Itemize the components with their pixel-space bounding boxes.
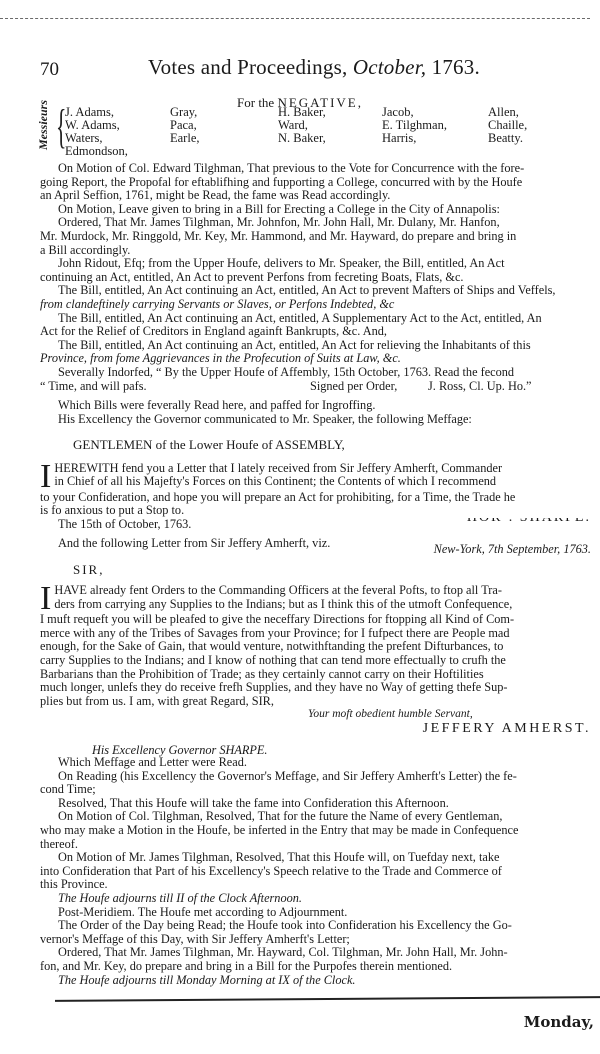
letter-line: plies but from us. I am, with great Rega… <box>40 695 593 709</box>
catchword: Monday, <box>524 1013 594 1031</box>
letter-place-date: New-York, 7th September, 1763. <box>434 543 591 557</box>
paragraph-line: On Motion of Mr. James Tilghman, Resolve… <box>40 851 593 865</box>
paragraph-line: Act for the Relief of Creditors in Engla… <box>40 325 593 339</box>
message-date-line: The 15th of October, 1763. HORº. SHARPE. <box>40 518 593 532</box>
paragraph-line: vernor's Meffage of this Day, with Sir J… <box>40 933 593 947</box>
letter-intro: And the following Letter from Sir Jeffer… <box>40 537 593 551</box>
paragraph-line: Ordered, That Mr. James Tilghman, Mr. Jo… <box>40 216 593 230</box>
message-line: to your Confideration, and hope you will… <box>40 491 593 505</box>
paragraph-line: from clandeftinely carrying Servants or … <box>40 298 593 312</box>
paragraph-line: Ordered, That Mr. James Tilghman, Mr. Ha… <box>40 946 593 960</box>
page-number: 70 <box>40 59 59 81</box>
drop-cap: I <box>40 463 51 491</box>
paragraph-line: who may make a Motion in the Houfe, be i… <box>40 824 593 838</box>
message-salutation: GENTLEMEN of the Lower Houfe of ASSEMBLY… <box>40 438 593 452</box>
proceedings-part-2: Which Meffage and Letter were Read. On R… <box>40 756 593 987</box>
paragraph-line: On Motion, Leave given to bring in a Bil… <box>40 203 593 217</box>
running-title: Votes and Proceedings, October, 1763. <box>148 55 480 80</box>
adjournment-line: The Houfe adjourns till II of the Clock … <box>40 892 593 906</box>
names-column-4: Jacob, E. Tilghman, Harris, <box>382 106 447 145</box>
amherst-letter: And the following Letter from Sir Jeffer… <box>40 537 593 758</box>
paragraph-line: this Province. <box>40 878 593 892</box>
names-column-3: H. Baker, Ward, N. Baker, <box>278 106 326 145</box>
letter-line: HAVE already fent Orders to the Commandi… <box>54 584 593 598</box>
letter-salutation: SIR, <box>40 563 593 577</box>
paragraph-line: The Bill, entitled, An Act continuing an… <box>40 312 593 326</box>
paragraph-line: On Motion of Col. Tilghman, Resolved, Th… <box>40 810 593 824</box>
governor-signature: HORº. SHARPE. <box>467 518 591 525</box>
paragraph-line: Which Meffage and Letter were Read. <box>40 756 593 770</box>
page-header: 70 Votes and Proceedings, October, 1763. <box>40 55 580 85</box>
letter-line: enough, for the Sake of Gain, that would… <box>40 640 593 654</box>
paragraph-line: On Motion of Col. Edward Tilghman, That … <box>40 162 593 176</box>
paragraph-line: going Report, the Propofal for eftablifh… <box>40 176 593 190</box>
paragraph-line: fon, and Mr. Key, do prepare and bring i… <box>40 960 593 974</box>
governor-message: GENTLEMEN of the Lower Houfe of ASSEMBLY… <box>40 438 593 531</box>
paragraph-line: cond Time; <box>40 783 593 797</box>
letter-line: Barbarians than the Prohibition of Trade… <box>40 668 593 682</box>
adjournment-line: The Houfe adjourns till Monday Morning a… <box>40 974 593 988</box>
paragraph-line: On Reading (his Excellency the Governor'… <box>40 770 593 784</box>
paragraph-line: Province, from fome Aggrievances in the … <box>40 352 593 366</box>
upper-house-signature: Signed per Order, J. Ross, Cl. Up. Ho.” <box>310 380 532 394</box>
letter-line: carry Supplies to the Indians; and I kno… <box>40 654 593 668</box>
paragraph-line: Mr. Murdock, Mr. Ringgold, Mr. Key, Mr. … <box>40 230 593 244</box>
letter-line: ders from carrying any Supplies to the I… <box>54 598 593 612</box>
bottom-rule <box>55 996 600 1002</box>
names-column-1: J. Adams, W. Adams, Waters, Edmondson, <box>65 106 128 158</box>
names-column-5: Allen, Chaille, Beatty. <box>488 106 527 145</box>
top-rule <box>0 18 590 19</box>
message-line: is fo anxious to put a Stop to. <box>40 504 593 518</box>
paragraph-line: “ Time, and will pafs. Signed per Order,… <box>40 380 593 394</box>
paragraph-line: The Order of the Day being Read; the Hou… <box>40 919 593 933</box>
paragraph-line: Which Bills were feverally Read here, an… <box>40 399 593 413</box>
letter-closing: Your moft obedient humble Servant, <box>40 708 593 722</box>
letter-line: much longer, unlefs they do receive fref… <box>40 681 593 695</box>
names-column-2: Gray, Paca, Earle, <box>170 106 200 145</box>
paragraph-line: John Ridout, Efq; from the Upper Houfe, … <box>40 257 593 271</box>
paragraph-line: The Bill, entitled, An Act continuing an… <box>40 284 593 298</box>
letter-line: merce with any of the Tribes of Savages … <box>40 627 593 641</box>
paragraph-line: Post-Meridiem. The Houfe met according t… <box>40 906 593 920</box>
paragraph-line: a Bill accordingly. <box>40 244 593 258</box>
message-line: in Chief of all his Majefty's Forces on … <box>54 475 593 489</box>
paragraph-line: Severally Indorfed, “ By the Upper Houfe… <box>40 366 593 380</box>
paragraph-line: His Excellency the Governor communicated… <box>40 413 593 427</box>
paragraph-line: continuing an Act, entitled, An Act to p… <box>40 271 593 285</box>
paragraph-line: into Confideration that Part of his Exce… <box>40 865 593 879</box>
document-page: 70 Votes and Proceedings, October, 1763.… <box>0 0 600 1054</box>
paragraph-line: an April Seffion, 1761, might be Read, t… <box>40 189 593 203</box>
drop-cap: I <box>40 585 51 613</box>
paragraph-line: The Bill, entitled, An Act continuing an… <box>40 339 593 353</box>
paragraph-line: thereof. <box>40 838 593 852</box>
messieurs-label: Messieurs <box>36 100 51 150</box>
paragraph-line: Resolved, That this Houfe will take the … <box>40 797 593 811</box>
amherst-signature: JEFFERY AMHERST. <box>40 722 593 738</box>
proceedings-part-1: On Motion of Col. Edward Tilghman, That … <box>40 162 593 426</box>
message-line: HEREWITH fend you a Letter that I lately… <box>54 462 593 476</box>
letter-line: I muft requeft you will be pleafed to gi… <box>40 613 593 627</box>
